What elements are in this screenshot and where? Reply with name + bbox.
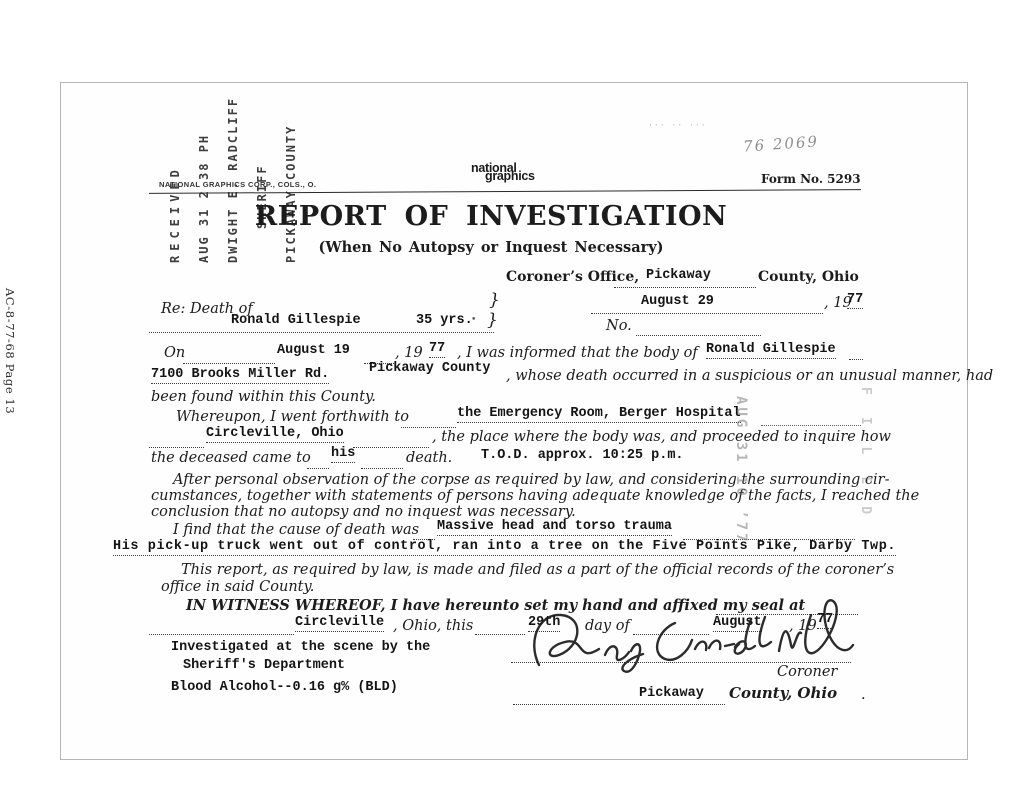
informed-text: , I was informed that the body of [457,345,698,361]
dotted-line [183,362,275,364]
dotted-line [353,446,429,448]
dotted-line [636,334,761,336]
cause-value: Massive head and torso trauma [437,519,672,536]
office-county-value: Pickaway [646,268,711,283]
office-label: Coroner’s Office, [506,269,639,285]
decedent-name: Ronald Gillespie [231,313,361,328]
printer-credit: NATIONAL GRAPHICS CORP., COLS., O. [159,180,316,189]
dotted-line [149,633,294,635]
body-location: the Emergency Room, Berger Hospital [457,406,741,423]
dotted-line [361,467,403,469]
office-suffix: County, Ohio [758,269,859,285]
dotted-line [614,286,756,288]
informed-date: August 19 [277,343,350,358]
ohio-this-text: , Ohio, this [393,618,473,634]
dotted-line [513,703,725,705]
dotted-line [149,331,494,333]
signature-line [511,661,851,663]
report-paragraph-line: office in said County. [161,579,314,595]
dotted-line [307,467,329,469]
scan-noise: ··· ·· ··· [649,121,708,131]
after-paragraph-line: After personal observation of the corpse… [173,472,890,488]
investigated-line: Investigated at the scene by the [171,640,430,655]
coroner-label: Coroner [777,664,837,680]
circumstance-line: His pick-up truck went out of control, r… [113,539,896,556]
brace-glyph: } [489,290,500,310]
county-typed: Pickaway County [369,361,491,376]
handwritten-number: 76 2069 [742,132,819,155]
seal-city-value: Circleville [295,615,384,632]
on-year: 77 [429,341,445,358]
tod-value: T.O.D. approx. 10:25 p.m. [481,448,684,463]
cause-label: I find that the cause of death was [173,522,419,538]
dotted-line [149,446,204,448]
margin-archive-label: AC-8-77-68 Page 13 [3,288,17,414]
on-label: On [164,345,185,361]
death-label: death. [406,450,452,466]
on-19: , 19 [395,345,423,361]
came-to-label: the deceased came to [151,450,311,466]
place-text: , the place where the body was, and proc… [432,429,891,445]
informed-decedent: Ronald Gillespie [706,342,836,359]
body-city: Circleville, Ohio [206,426,344,443]
page-title: REPORT OF INVESTIGATION [231,201,751,232]
after-paragraph-line: conclusion that no autopsy and no inques… [151,504,576,520]
logo-line: graphics [485,171,535,181]
whose-death-text: , whose death occurred in a suspicious o… [506,368,993,384]
decedent-age: 35 yrs. [416,313,473,328]
footer-county-suffix: County, Ohio [729,684,837,702]
his-value: his [331,446,355,463]
ghost-file-stamp: FILED [873,383,1022,402]
dotted-line [591,312,823,314]
dotted-line [475,633,525,635]
no-label: No. [606,318,632,334]
bullet-mark: • [471,315,476,325]
decedent-address: 7100 Brooks Miller Rd. [151,367,329,384]
form-number: Form No. 5293 [761,172,861,186]
dotted-line [401,426,456,428]
found-text: been found within this County. [151,389,376,405]
brace-glyph: } [487,310,498,330]
report-paragraph-line: This report, as required by law, is made… [181,562,894,578]
report-date-value: August 29 [641,294,714,309]
document-page: RECEIVED AUG 31 2 38 PH DWIGHT E. RADCLI… [60,82,968,760]
page-subtitle: (When No Autopsy or Inquest Necessary) [231,239,751,256]
dotted-line [849,358,863,360]
report-year-value: 77 [847,292,863,309]
footer-county-value: Pickaway [639,686,704,701]
after-paragraph-line: cumstances, together with statements of … [151,488,919,504]
national-graphics-logo: national graphics [471,163,535,181]
whereupon-label: Whereupon, I went forthwith to [176,409,409,425]
stray-period: . [861,687,866,703]
ghost-date-text: AUG 31 10 ’77 [733,396,749,545]
investigated-line: Sheriff's Department [183,658,345,673]
dotted-line [761,424,861,426]
blood-alcohol-line: Blood Alcohol--0.16 g% (BLD) [171,680,398,695]
ghost-file-text: FILED [858,387,873,536]
